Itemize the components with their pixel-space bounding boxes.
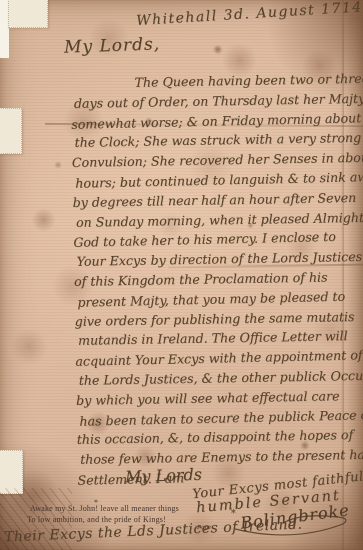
closing-my-lords: My Lords bbox=[125, 465, 202, 487]
annotation-verse-line-1: Awake my St. John! leave all meaner thin… bbox=[30, 504, 179, 513]
repair-patch-top-left bbox=[8, 0, 48, 28]
letter-scan: Whitehall 3d. August 1714. My Lords, The… bbox=[0, 0, 363, 550]
repair-patch-mid-left bbox=[0, 108, 22, 154]
letter-body: The Queen having been two or three days … bbox=[70, 68, 363, 490]
salutation: My Lords, bbox=[64, 34, 161, 57]
